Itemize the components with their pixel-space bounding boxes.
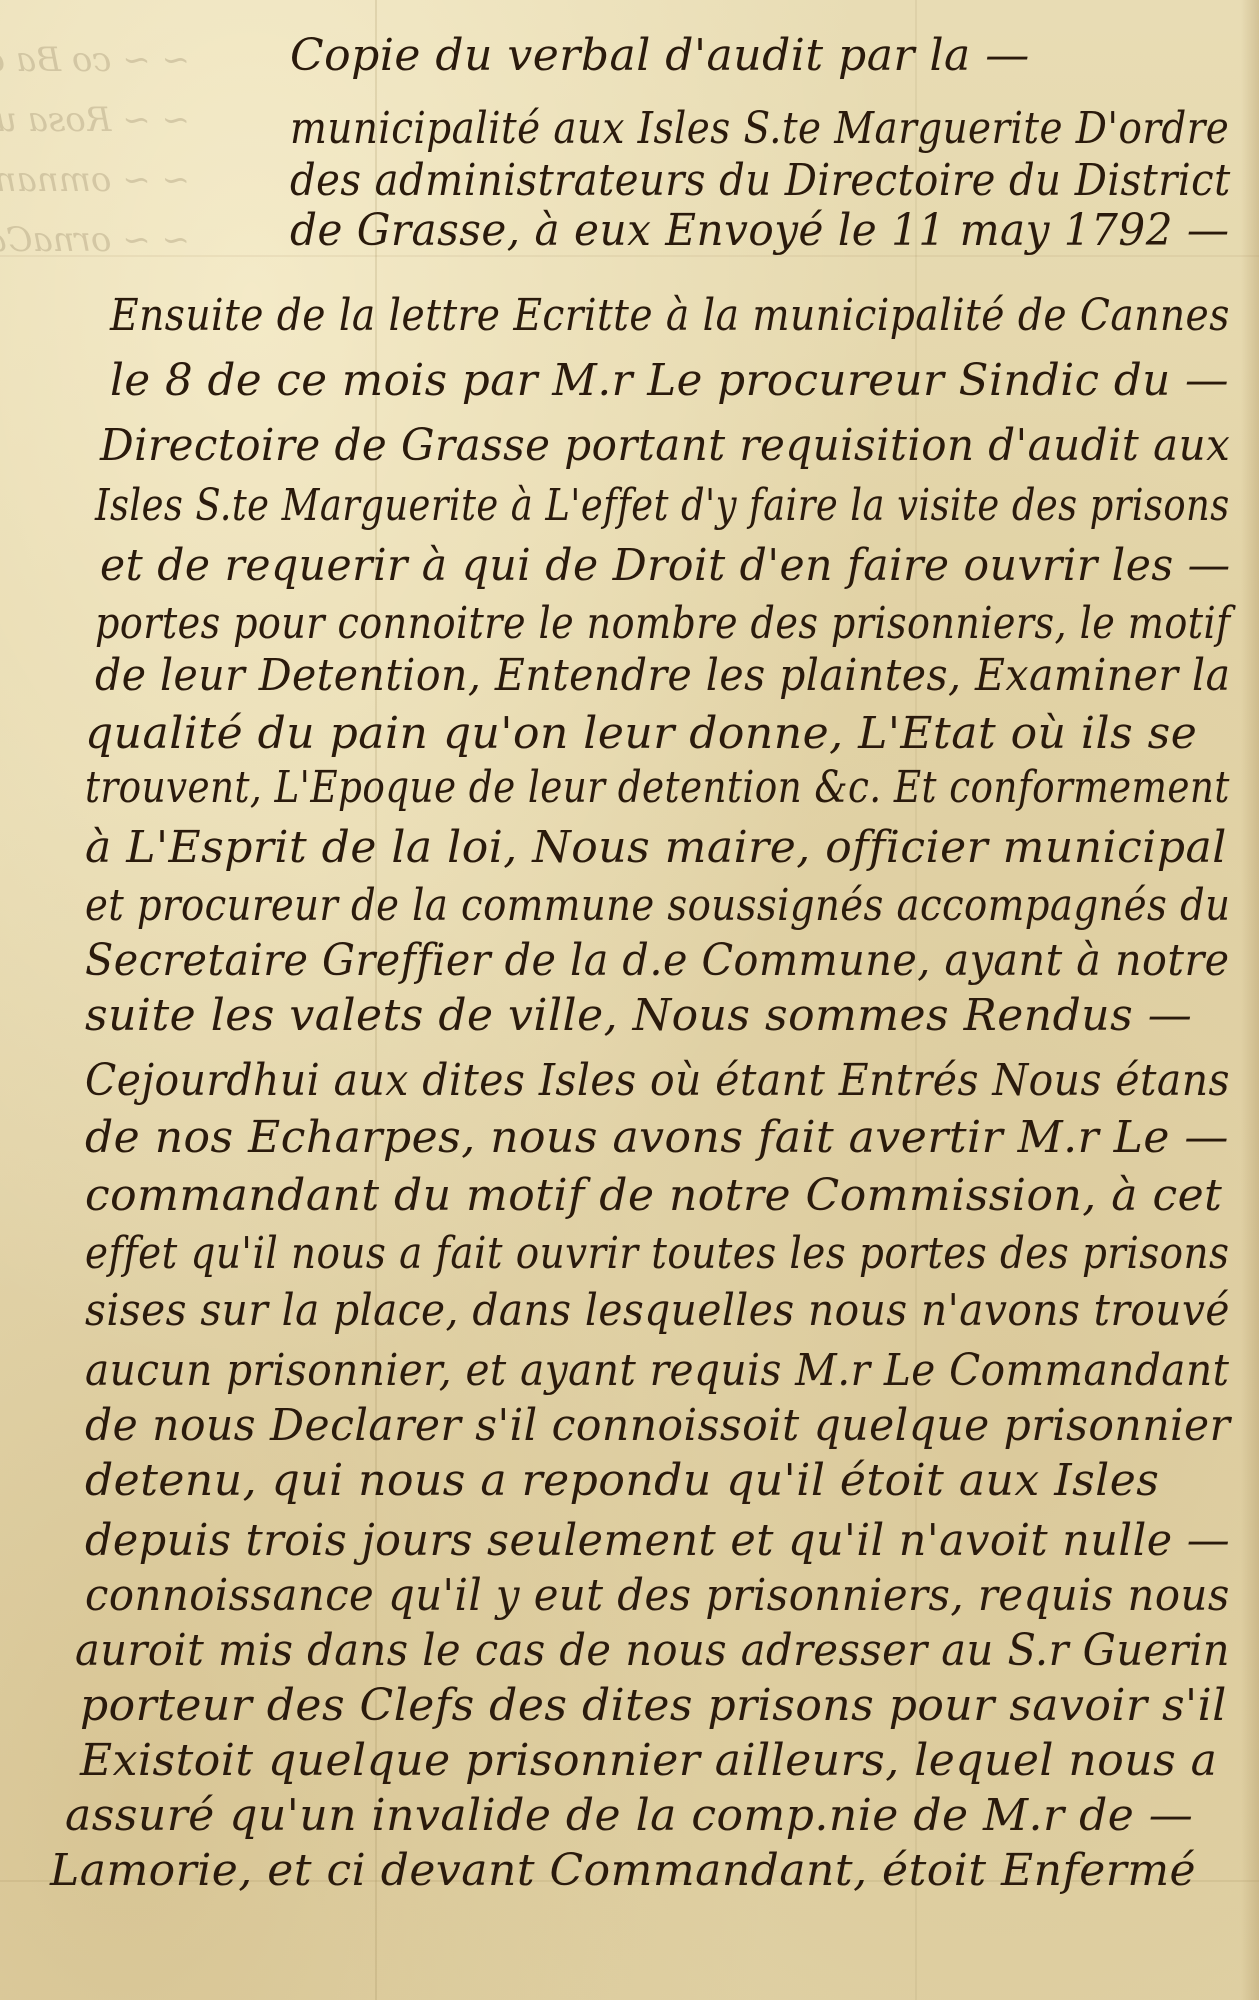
body-line: detenu, qui nous a repondu qu'il étoit a… [85, 1455, 1159, 1506]
body-line: Ensuite de la lettre Ecritte à la munici… [110, 290, 1230, 341]
body-line: Secretaire Greffier de la d.e Commune, a… [85, 935, 1230, 986]
body-line: depuis trois jours seulement et qu'il n'… [85, 1515, 1230, 1566]
body-line: et de requerir à qui de Droit d'en faire… [100, 540, 1231, 591]
heading-line: municipalité aux Isles S.te Marguerite D… [290, 103, 1229, 154]
heading-line: Copie du verbal d'audit par la — [290, 30, 1030, 81]
body-line: portes pour connoitre le nombre des pris… [95, 598, 1231, 649]
body-line: Lamorie, et ci devant Commandant, étoit … [50, 1845, 1196, 1896]
body-line: auroit mis dans le cas de nous adresser … [75, 1625, 1230, 1676]
body-line: effet qu'il nous a fait ouvrir toutes le… [85, 1228, 1229, 1279]
heading-line: de Grasse, à eux Envoyé le 11 may 1792 — [290, 205, 1230, 256]
body-line: qualité du pain qu'on leur donne, L'Etat… [85, 708, 1197, 759]
bleed-through-mark: ~ ~ co Ba co [0, 40, 190, 80]
body-line: de leur Detention, Entendre les plaintes… [95, 650, 1230, 701]
body-line: de nos Echarpes, nous avons fait avertir… [85, 1112, 1229, 1163]
body-line: commandant du motif de notre Commission,… [85, 1170, 1222, 1221]
body-line: trouvent, L'Epoque de leur detention &c.… [85, 762, 1230, 813]
heading-line: des administrateurs du Directoire du Dis… [290, 155, 1231, 206]
bleed-through-mark: ~ ~ Rosa uoa [0, 100, 190, 140]
body-line: assuré qu'un invalide de la comp.nie de … [65, 1790, 1193, 1841]
body-line: à L'Esprit de la loi, Nous maire, offici… [85, 822, 1227, 873]
manuscript-page: ~ ~ co Ba co ~ ~ Rosa uoa ~ ~ omnan ~ ~ … [0, 0, 1259, 2000]
body-line: le 8 de ce mois par M.r Le procureur Sin… [110, 355, 1229, 406]
body-line: Directoire de Grasse portant requisition… [100, 420, 1230, 471]
body-line: et procureur de la commune soussignés ac… [85, 880, 1230, 931]
body-line: de nous Declarer s'il connoissoit quelqu… [85, 1400, 1230, 1451]
bleed-through-mark: ~ ~ omnan ~ [0, 160, 190, 200]
body-line: aucun prisonnier, et ayant requis M.r Le… [85, 1345, 1229, 1396]
body-line: sises sur la place, dans lesquelles nous… [85, 1285, 1230, 1336]
body-line: Cejourdhui aux dites Isles où étant Entr… [85, 1055, 1230, 1106]
body-line: Isles S.te Marguerite à L'effet d'y fair… [95, 480, 1230, 531]
body-line: porteur des Clefs des dites prisons pour… [80, 1680, 1227, 1731]
body-line: Existoit quelque prisonnier ailleurs, le… [80, 1735, 1217, 1786]
page-edge [1241, 0, 1259, 2000]
body-line: suite les valets de ville, Nous sommes R… [85, 990, 1192, 1041]
body-line: connoissance qu'il y eut des prisonniers… [85, 1570, 1230, 1621]
bleed-through-mark: ~ ~ ornaCaan [0, 220, 190, 260]
